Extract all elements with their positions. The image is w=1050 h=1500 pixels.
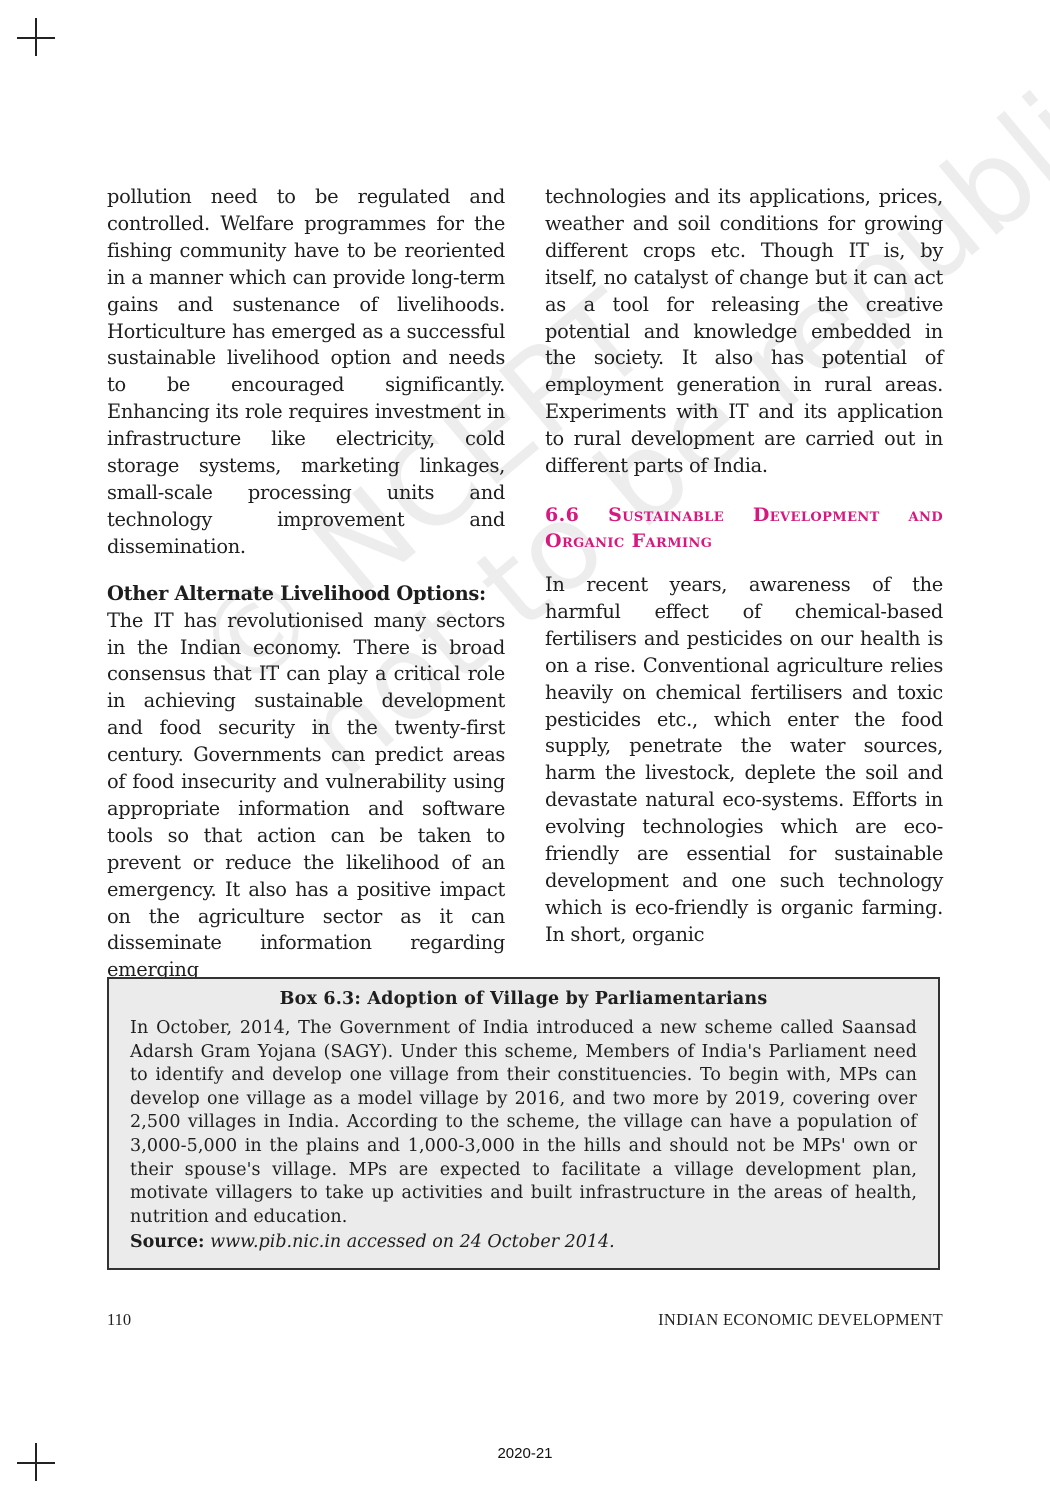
box-title: Box 6.3: Adoption of Village by Parliame… (130, 987, 917, 1011)
box-source-label: Source: (130, 1232, 205, 1252)
edition-year: 2020-21 (0, 1445, 1050, 1462)
left-column: pollution need to be regulated and contr… (107, 184, 505, 984)
box-source: Source: www.pib.nic.in accessed on 24 Oc… (130, 1230, 917, 1254)
right-paragraph-organic: In recent years, awareness of the harmfu… (545, 572, 943, 949)
book-title: INDIAN ECONOMIC DEVELOPMENT (658, 1310, 943, 1330)
page-number: 110 (107, 1310, 131, 1330)
box-body: In October, 2014, The Government of Indi… (130, 1017, 917, 1229)
right-column: technologies and its applications, price… (545, 184, 943, 949)
box-source-text: www.pib.nic.in accessed on 24 October 20… (210, 1232, 615, 1252)
left-paragraph-horticulture: pollution need to be regulated and contr… (107, 184, 505, 561)
left-paragraph-it: Other Alternate Livelihood Options: The … (107, 581, 505, 985)
crop-mark-top-left-icon (17, 18, 57, 58)
subheading-alternate-livelihood: Other Alternate Livelihood Options: (107, 581, 505, 608)
left-paragraph-it-text: The IT has revolutionised many sectors i… (107, 609, 505, 982)
box-6-3: Box 6.3: Adoption of Village by Parliame… (107, 977, 940, 1270)
section-heading-6-6: 6.6 Sustainable Development and Organic … (545, 502, 943, 554)
right-paragraph-it-continued: technologies and its applications, price… (545, 184, 943, 480)
